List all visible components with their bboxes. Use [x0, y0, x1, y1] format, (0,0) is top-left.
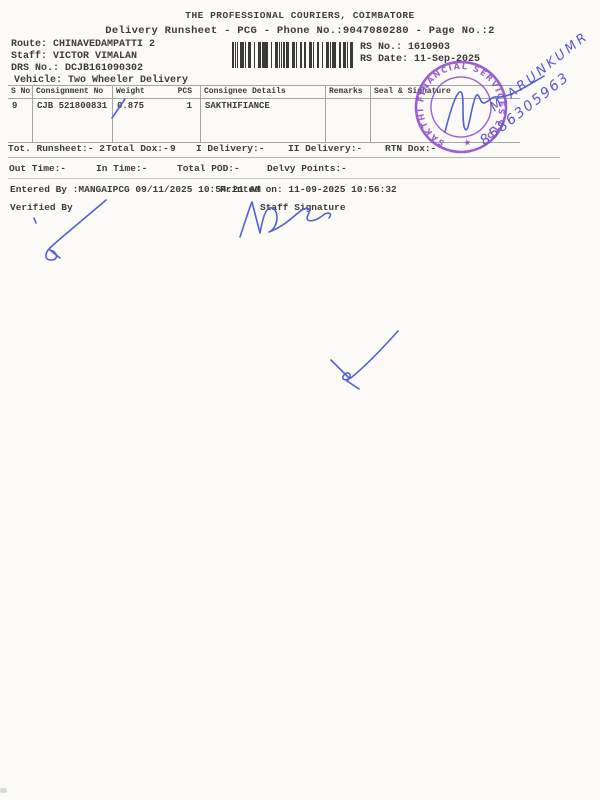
col-header-consignee-details: Consignee Details: [200, 86, 325, 99]
tot-runsheet: Tot. Runsheet:- 2: [8, 143, 105, 154]
cell-consignment-no: CJB 521800831: [32, 99, 112, 143]
staff-line: Staff: VICTOR VIMALAN: [11, 51, 137, 62]
col-header-consignment-no: Consignment No: [32, 86, 112, 99]
total-dox-label: Total Dox:-: [106, 143, 169, 154]
barcode: [232, 42, 355, 68]
col-header-pcs: PCS: [178, 86, 192, 98]
cell-consignee-details: SAKTHIFIANCE: [200, 99, 325, 143]
cell-pcs: 1: [187, 99, 192, 142]
delivery-runsheet-document: THE PROFESSIONAL COURIERS, COIMBATORE De…: [0, 0, 600, 800]
in-time-label: In Time:-: [96, 163, 147, 174]
col-header-s-no: S No: [8, 86, 32, 99]
delvy-points-label: Delvy Points:-: [267, 163, 347, 174]
staff-signature: [232, 197, 344, 241]
cell-s-no: 9: [8, 99, 32, 143]
ii-delivery-label: II Delivery:-: [288, 143, 362, 154]
page-smudge: [0, 788, 7, 793]
consignment-slash-mark: [108, 97, 128, 121]
divider-line-2: [8, 178, 560, 179]
col-header-remarks: Remarks: [325, 86, 370, 99]
route-line: Route: CHINAVEDAMPATTI 2: [11, 39, 155, 50]
total-dox-value: 9: [170, 143, 176, 154]
drs-no-line: DRS No.: DCJB161090302: [11, 63, 143, 74]
i-delivery-label: I Delivery:-: [196, 143, 264, 154]
cell-remarks: [325, 99, 370, 143]
printed-on-line: Printed on: 11-09-2025 10:56:32: [220, 184, 397, 195]
rs-no: RS No.: 1610903: [360, 42, 450, 53]
delivery-checkmark-signature: [318, 326, 412, 396]
divider-line-1: [8, 157, 560, 158]
runsheet-subtitle: Delivery Runsheet - PCG - Phone No.:9047…: [0, 25, 600, 37]
verified-signature: [30, 196, 122, 268]
out-time-label: Out Time:-: [9, 163, 66, 174]
company-title: THE PROFESSIONAL COURIERS, COIMBATORE: [0, 10, 600, 21]
total-pod-label: Total POD:-: [177, 163, 240, 174]
